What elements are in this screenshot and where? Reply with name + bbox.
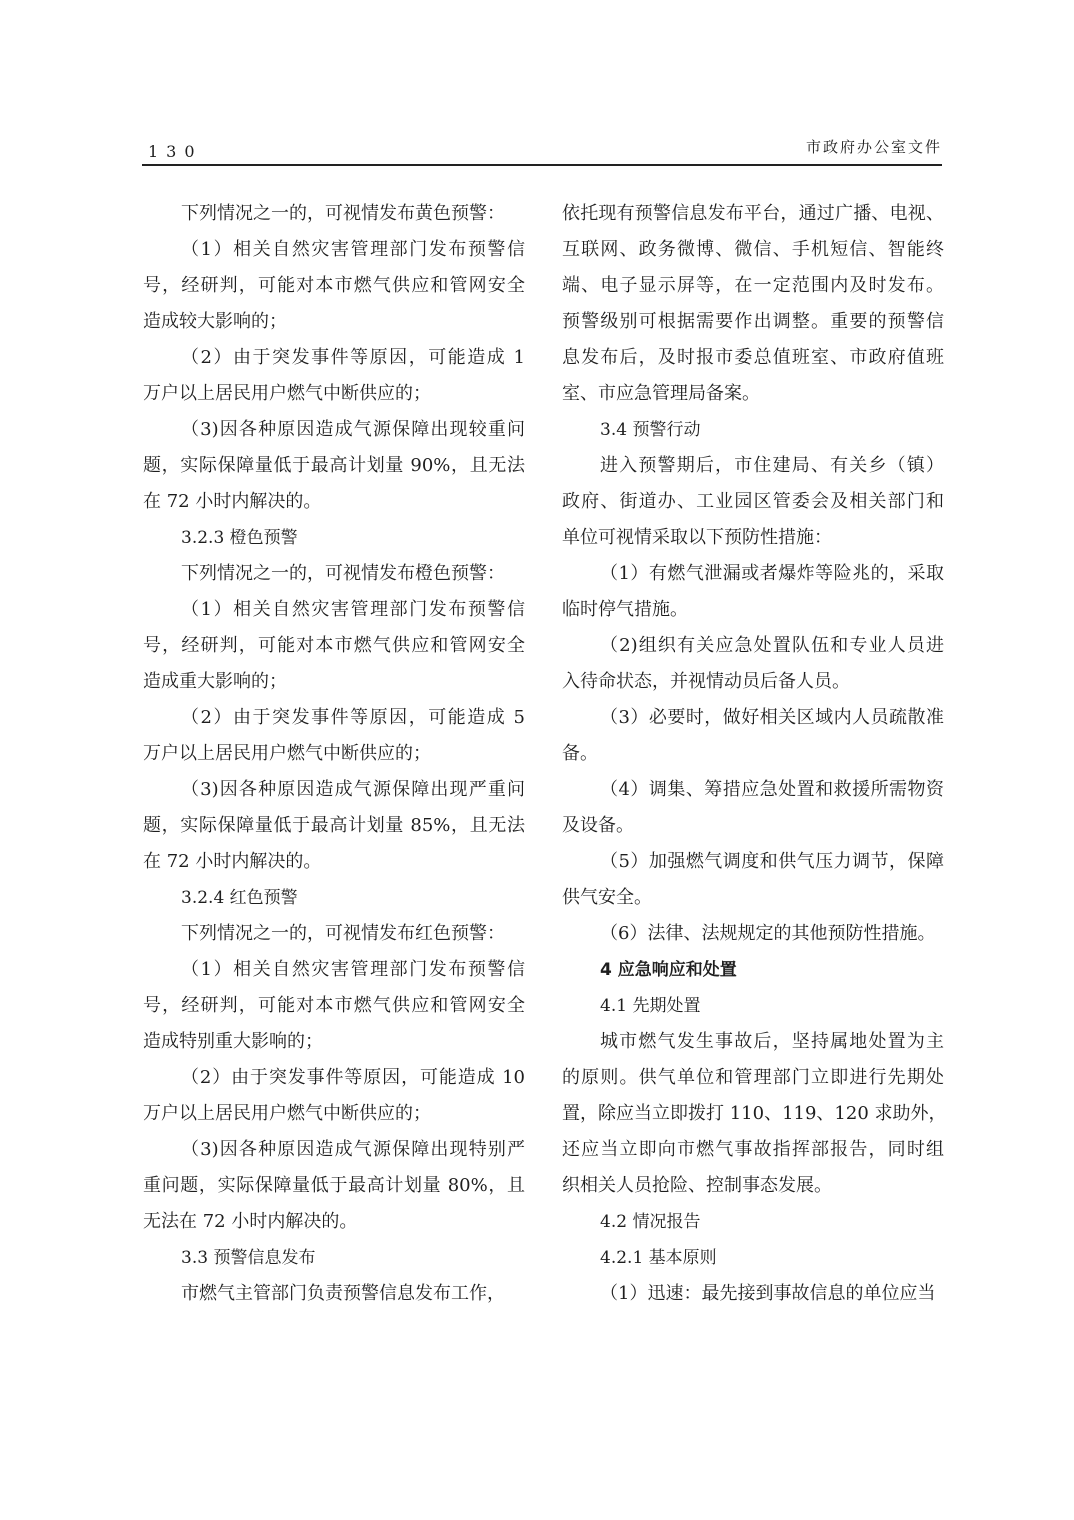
text-line: （3)因各种原因造成气源保障出现特别严 [143,1132,525,1168]
text-line: 题，实际保障量低于最高计划量 90%，且无法 [143,448,525,484]
text-line: 无法在 72 小时内解决的。 [143,1204,525,1240]
section-heading: 4.2.1 基本原则 [562,1240,944,1276]
text-line: 依托现有预警信息发布平台，通过广播、电视、 [562,196,944,232]
text-line: （3）必要时，做好相关区域内人员疏散准 [562,700,944,736]
text-line: 还应当立即向市燃气事故指挥部报告，同时组 [562,1132,944,1168]
section-heading: 3.2.3 橙色预警 [143,520,525,556]
text-line: 造成特别重大影响的； [143,1024,525,1060]
text-line: （1）相关自然灾害管理部门发布预警信 [143,592,525,628]
text-line: （1）相关自然灾害管理部门发布预警信 [143,952,525,988]
text-line: 临时停气措施。 [562,592,944,628]
text-line: （6）法律、法规规定的其他预防性措施。 [562,916,944,952]
text-line: 造成重大影响的； [143,664,525,700]
text-line: （2）由于突发事件等原因，可能造成 5 [143,700,525,736]
text-line: （2）由于突发事件等原因，可能造成 10 [143,1060,525,1096]
text-line: 供气安全。 [562,880,944,916]
text-line: 室、市应急管理局备案。 [562,376,944,412]
text-line: （1）相关自然灾害管理部门发布预警信 [143,232,525,268]
text-line: 万户以上居民用户燃气中断供应的； [143,376,525,412]
text-line: 重问题，实际保障量低于最高计划量 80%，且 [143,1168,525,1204]
text-line: （4）调集、筹措应急处置和救援所需物资 [562,772,944,808]
section-heading: 3.3 预警信息发布 [143,1240,525,1276]
text-line: （1）有燃气泄漏或者爆炸等险兆的，采取 [562,556,944,592]
text-line: 的原则。供气单位和管理部门立即进行先期处 [562,1060,944,1096]
text-line: （3)因各种原因造成气源保障出现较重问 [143,412,525,448]
text-line: 织相关人员抢险、控制事态发展。 [562,1168,944,1204]
text-line: 单位可视情采取以下预防性措施： [562,520,944,556]
text-line: 号，经研判，可能对本市燃气供应和管网安全 [143,268,525,304]
text-line: 下列情况之一的，可视情发布黄色预警： [143,196,525,232]
document-series-title: 市政府办公室文件 [806,136,942,157]
text-line: 下列情况之一的，可视情发布红色预警： [143,916,525,952]
text-line: 入待命状态，并视情动员后备人员。 [562,664,944,700]
text-line: 端、电子显示屏等，在一定范围内及时发布。 [562,268,944,304]
text-line: 在 72 小时内解决的。 [143,844,525,880]
text-line: 造成较大影响的； [143,304,525,340]
text-line: （2)组织有关应急处置队伍和专业人员进 [562,628,944,664]
text-line: （3)因各种原因造成气源保障出现严重问 [143,772,525,808]
text-line: 万户以上居民用户燃气中断供应的； [143,1096,525,1132]
text-line: 题，实际保障量低于最高计划量 85%，且无法 [143,808,525,844]
text-line: （2）由于突发事件等原因，可能造成 1 [143,340,525,376]
header-divider [142,164,942,166]
text-line: 城市燃气发生事故后，坚持属地处置为主 [562,1024,944,1060]
text-line: 市燃气主管部门负责预警信息发布工作， [143,1276,525,1312]
text-line: 万户以上居民用户燃气中断供应的； [143,736,525,772]
text-line: 号，经研判，可能对本市燃气供应和管网安全 [143,988,525,1024]
text-line: 备。 [562,736,944,772]
text-line: 及设备。 [562,808,944,844]
text-line: （1）迅速：最先接到事故信息的单位应当 [562,1276,944,1312]
section-heading: 4 应急响应和处置 [562,952,944,988]
page-header: 130 市政府办公室文件 [142,132,942,164]
text-line: 进入预警期后，市住建局、有关乡（镇） [562,448,944,484]
section-heading: 4.1 先期处置 [562,988,944,1024]
left-text-column: 下列情况之一的，可视情发布黄色预警：（1）相关自然灾害管理部门发布预警信号，经研… [143,196,525,1312]
text-line: 置，除应当立即拨打 110、119、120 求助外， [562,1096,944,1132]
text-line: （5）加强燃气调度和供气压力调节，保障 [562,844,944,880]
section-heading: 3.4 预警行动 [562,412,944,448]
section-heading: 4.2 情况报告 [562,1204,944,1240]
page-number: 130 [148,142,203,161]
text-line: 预警级别可根据需要作出调整。重要的预警信 [562,304,944,340]
text-line: 政府、街道办、工业园区管委会及相关部门和 [562,484,944,520]
text-line: 号，经研判，可能对本市燃气供应和管网安全 [143,628,525,664]
text-line: 互联网、政务微博、微信、手机短信、智能终 [562,232,944,268]
section-heading: 3.2.4 红色预警 [143,880,525,916]
text-line: 在 72 小时内解决的。 [143,484,525,520]
text-line: 下列情况之一的，可视情发布橙色预警： [143,556,525,592]
text-line: 息发布后，及时报市委总值班室、市政府值班 [562,340,944,376]
right-text-column: 依托现有预警信息发布平台，通过广播、电视、互联网、政务微博、微信、手机短信、智能… [562,196,944,1312]
